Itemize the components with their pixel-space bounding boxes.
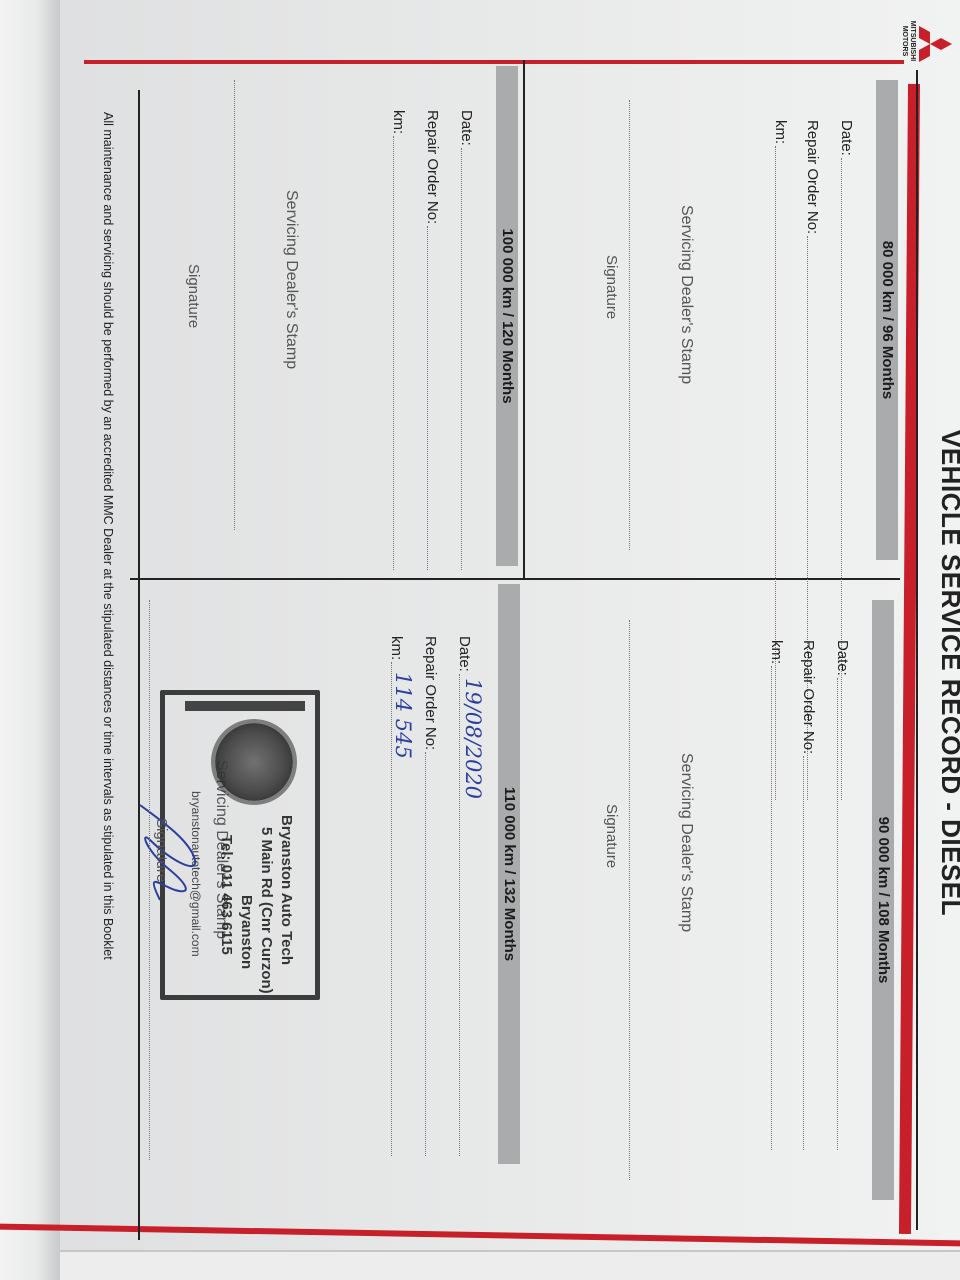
handwritten-date: 19/08/2020 <box>461 678 485 799</box>
stamp-label-80000: Servicing Dealer's Stamp <box>677 205 695 384</box>
stamp-label-90000: Servicing Dealer's Stamp <box>677 753 695 932</box>
signature-line-80000[interactable] <box>629 100 630 550</box>
signature-line-100000[interactable] <box>234 80 235 530</box>
interval-band-90000: 90 000 km / 108 Months <box>872 600 894 1200</box>
date-label: Date: <box>458 110 475 148</box>
red-left-border <box>84 60 904 64</box>
repair-order-input[interactable] <box>425 752 440 1156</box>
interval-band-80000: 80 000 km / 96 Months <box>876 80 898 560</box>
stamp-tel: Tel: 011 463 6115 <box>218 835 235 955</box>
footer-note: All maintenance and servicing should be … <box>101 112 115 960</box>
signature-line-90000[interactable] <box>629 620 630 1180</box>
signature-label-80000: Signature <box>603 255 620 319</box>
repair-order-input[interactable] <box>803 756 818 1150</box>
brand-line-1: MITSUBISHI <box>908 10 916 72</box>
signature-label-100000: Signature <box>185 264 202 328</box>
page-title: VEHICLE SERVICE RECORD - DIESEL <box>935 430 960 916</box>
date-input[interactable] <box>837 678 852 1150</box>
date-label: Date: <box>834 640 851 678</box>
stamp-suburb: Bryanston <box>238 895 255 969</box>
km-label: km: <box>772 120 789 146</box>
stamp-seal-icon <box>215 723 293 801</box>
km-label: km: <box>390 110 407 136</box>
repair-order-field-90000[interactable]: Repair Order No: <box>800 640 818 1150</box>
date-field-90000[interactable]: Date: <box>834 640 852 1150</box>
page-fold <box>0 0 60 1280</box>
interval-band-110000: 110 000 km / 132 Months <box>498 584 520 1164</box>
date-input[interactable] <box>461 148 476 570</box>
km-input[interactable] <box>771 666 786 1150</box>
signature-label-90000: Signature <box>603 804 620 868</box>
repair-order-field-110000[interactable]: Repair Order No: <box>422 636 440 1156</box>
km-field-100000[interactable]: km: <box>390 110 408 570</box>
service-booklet-page: MITSUBISHI MOTORS VEHICLE SERVICE RECORD… <box>0 0 960 1280</box>
repair-order-label: Repair Order No: <box>424 110 441 226</box>
repair-order-label: Repair Order No: <box>800 640 817 756</box>
stamp-bar <box>185 701 305 711</box>
interval-label: 110 000 km / 132 Months <box>498 787 520 961</box>
interval-band-100000: 100 000 km / 120 Months <box>496 66 518 566</box>
stamp-address: 5 Main Rd (Cnr Curzon) <box>258 827 275 994</box>
signature-line-110000[interactable] <box>149 600 150 1160</box>
repair-order-label: Repair Order No: <box>422 636 439 752</box>
repair-order-input[interactable] <box>427 226 442 570</box>
stamp-label-100000: Servicing Dealer's Stamp <box>282 190 300 369</box>
km-label: km: <box>768 640 785 666</box>
date-label: Date: <box>456 636 473 674</box>
top-rule <box>916 70 918 1230</box>
date-field-100000[interactable]: Date: <box>458 110 476 570</box>
next-page-edge <box>60 1250 960 1280</box>
handwritten-km: 114 545 <box>391 672 415 759</box>
interval-label: 80 000 km / 96 Months <box>876 241 898 399</box>
repair-order-label: Repair Order No: <box>804 120 821 236</box>
signature-label-110000: Signature <box>153 818 170 882</box>
interval-label: 100 000 km / 120 Months <box>496 228 518 403</box>
bottom-rule <box>138 90 140 1240</box>
row-divider-left <box>523 60 525 580</box>
km-field-90000[interactable]: km: <box>768 640 786 1150</box>
km-input[interactable] <box>393 136 408 570</box>
km-label: km: <box>388 636 405 662</box>
date-label: Date: <box>838 120 855 158</box>
stamp-dealer-name: Bryanston Auto Tech <box>278 815 295 965</box>
repair-order-field-100000[interactable]: Repair Order No: <box>424 110 442 570</box>
interval-label: 90 000 km / 108 Months <box>872 817 894 984</box>
